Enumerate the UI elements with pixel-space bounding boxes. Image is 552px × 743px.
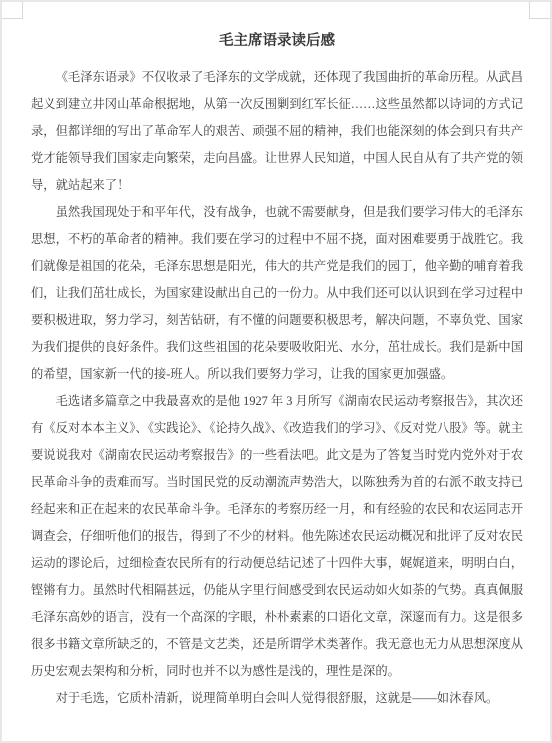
text-boundary-mark-top-right-icon <box>529 2 550 19</box>
paragraph-4: 对于毛选，它质朴清新，说理简单明白会叫人觉得很舒服，这就是——如沐春风。 <box>31 685 523 712</box>
document-title: 毛主席语录读后感 <box>31 28 523 55</box>
text-boundary-mark-top-left-icon <box>2 2 23 19</box>
document-content: 毛主席语录读后感 《毛泽东语录》不仅收录了毛泽东的文学成就，还体现了我国曲折的革… <box>31 28 523 712</box>
paragraph-1: 《毛泽东语录》不仅收录了毛泽东的文学成就，还体现了我国曲折的革命历程。从武昌起义… <box>31 64 523 199</box>
document-page: 毛主席语录读后感 《毛泽东语录》不仅收录了毛泽东的文学成就，还体现了我国曲折的革… <box>0 0 552 743</box>
paragraph-2: 虽然我国现处于和平年代，没有战争，也就不需要献身，但是我们要学习伟大的毛泽东思想… <box>31 199 523 388</box>
paragraph-3: 毛选诸多篇章之中我最喜欢的是他 1927 年 3 月所写《湖南农民运动考察报告》… <box>31 388 523 685</box>
